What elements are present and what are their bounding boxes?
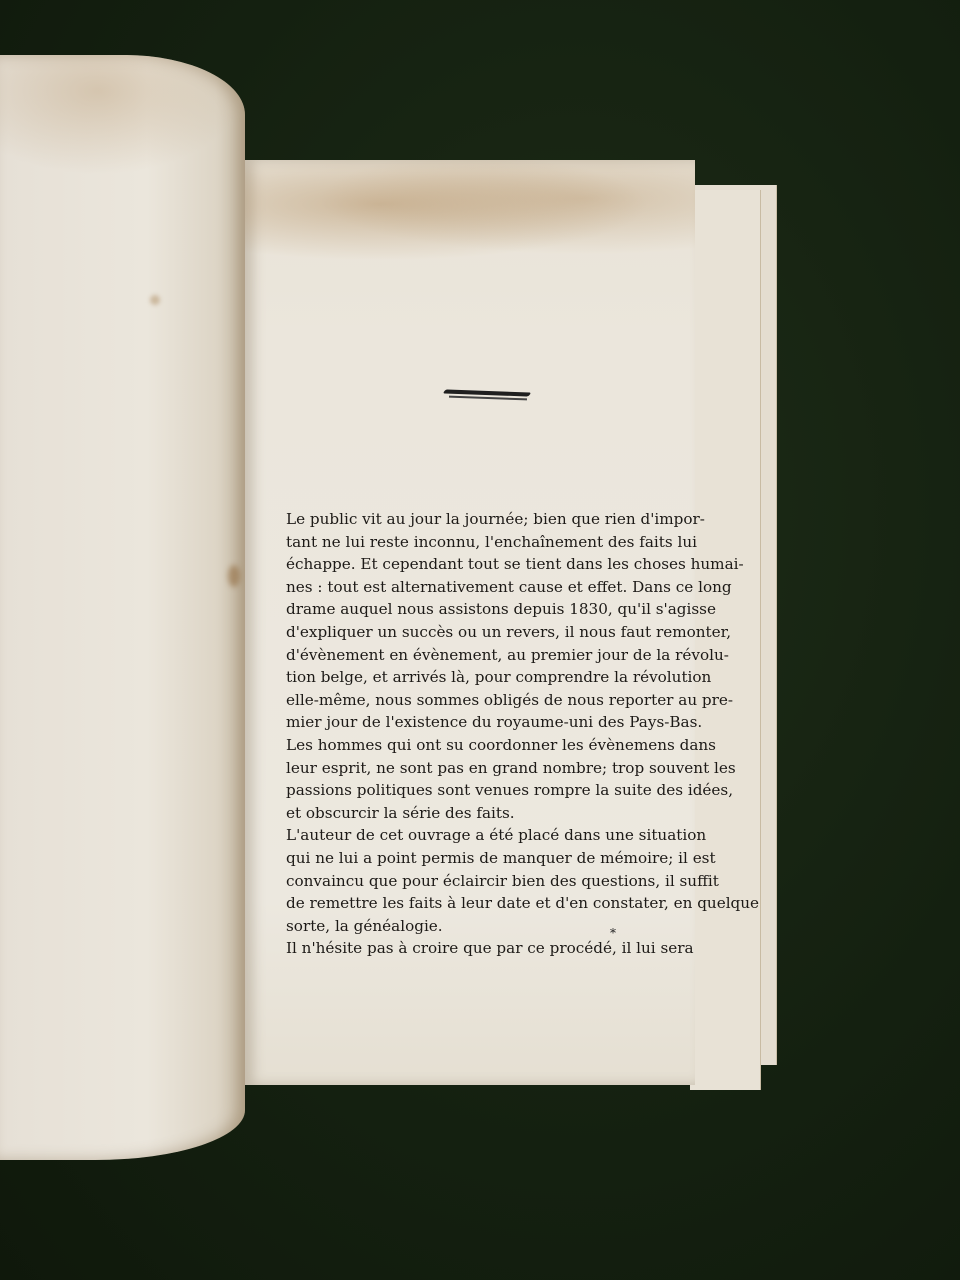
text-line: tant ne lui reste inconnu, l'enchaînemen… (266, 531, 674, 554)
foxing-stain (228, 565, 240, 587)
paragraph-3: L'auteur de cet ouvrage a été placé dans… (266, 824, 674, 937)
signature-mark: * (610, 926, 616, 940)
paragraph-1: Le public vit au jour la journée; bien q… (266, 508, 674, 734)
text-line: Il n'hésite pas à croire que par ce proc… (266, 937, 674, 960)
paragraph-2: Les hommes qui ont su coordonner les évè… (266, 734, 674, 824)
text-line: et obscurcir la série des faits. (266, 802, 674, 825)
text-line: L'auteur de cet ouvrage a été placé dans… (266, 824, 674, 847)
text-line: échappe. Et cependant tout se tient dans… (266, 553, 674, 576)
foxing-stain (150, 295, 160, 305)
text-line: convaincu que pour éclaircir bien des qu… (266, 870, 674, 893)
text-line: nes : tout est alternativement cause et … (266, 576, 674, 599)
paragraph-4: Il n'hésite pas à croire que par ce proc… (266, 937, 674, 960)
left-page-curved (0, 55, 245, 1160)
text-line: mier jour de l'existence du royaume-uni … (266, 711, 674, 734)
text-line: qui ne lui a point permis de manquer de … (266, 847, 674, 870)
text-line: elle-même, nous sommes obligés de nous r… (266, 689, 674, 712)
text-line: d'évènement en évènement, au premier jou… (266, 644, 674, 667)
text-line: drame auquel nous assistons depuis 1830,… (266, 598, 674, 621)
text-line: Les hommes qui ont su coordonner les évè… (266, 734, 674, 757)
text-line: d'expliquer un succès ou un revers, il n… (266, 621, 674, 644)
text-line: de remettre les faits à leur date et d'e… (266, 892, 674, 915)
body-text: Le public vit au jour la journée; bien q… (266, 508, 674, 960)
text-line: Le public vit au jour la journée; bien q… (266, 508, 674, 531)
top-foxing-stain (245, 160, 695, 270)
ornament-rule-icon (443, 390, 531, 400)
text-line: leur esprit, ne sont pas en grand nombre… (266, 757, 674, 780)
text-line: passions politiques sont venues rompre l… (266, 779, 674, 802)
text-line: tion belge, et arrivés là, pour comprend… (266, 666, 674, 689)
